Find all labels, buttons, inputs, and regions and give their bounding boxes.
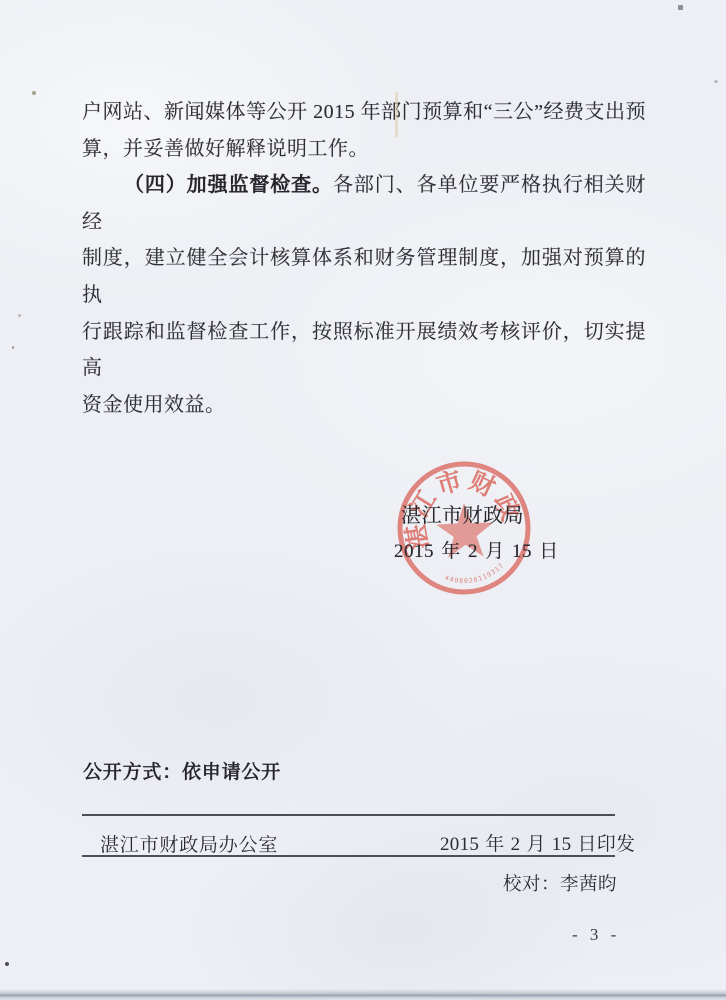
signature-organization: 湛江市财政局	[401, 499, 524, 528]
scan-speck	[678, 5, 683, 10]
body-line: 算，并妥善做好解释说明工作。	[82, 131, 646, 168]
proofreader-line: 校对：李茜昀	[503, 870, 617, 896]
body-line-heading: （四）加强监督检查。各部门、各单位要严格执行相关财经	[82, 167, 646, 240]
publish-method-line: 公开方式：依申请公开	[83, 757, 281, 784]
footer-divider-bottom	[82, 855, 615, 857]
seal-graphic: 湛江市财政局 4408020119317	[372, 436, 557, 621]
page-number: - 3 -	[572, 925, 617, 945]
scan-speck	[714, 80, 718, 83]
scan-speck	[5, 962, 9, 966]
seal-code: 4408020119317	[442, 560, 508, 590]
issuing-office: 湛江市财政局办公室	[100, 830, 278, 857]
scanned-document-page: 户网站、新闻媒体等公开 2015 年部门预算和“三公”经费支出预 算，并妥善做好…	[0, 0, 726, 1000]
section-heading: （四）加强监督检查。	[124, 174, 333, 196]
seal-code-node: 4408020119317	[442, 560, 508, 590]
scan-streak-artifact	[395, 92, 398, 138]
print-date: 2015 年 2 月 15 日印发	[440, 829, 635, 856]
body-line: 制度，建立健全会计核算体系和财务管理制度，加强对预算的执	[82, 240, 646, 313]
official-red-seal: 湛江市财政局 4408020119317	[372, 436, 557, 621]
document-body: 户网站、新闻媒体等公开 2015 年部门预算和“三公”经费支出预 算，并妥善做好…	[82, 94, 646, 423]
body-line: 户网站、新闻媒体等公开 2015 年部门预算和“三公”经费支出预	[82, 94, 646, 131]
footer-divider-top	[82, 814, 615, 816]
body-line: 资金使用效益。	[82, 387, 646, 424]
scan-speck	[18, 314, 21, 317]
scan-speck	[12, 346, 14, 349]
signature-date: 2015 年 2 月 15 日	[394, 536, 559, 563]
scan-speck	[32, 91, 36, 95]
body-line: 行跟踪和监督检查工作，按照标准开展绩效考核评价，切实提高	[82, 314, 646, 387]
paper-bottom-edge-shadow	[0, 989, 726, 1000]
